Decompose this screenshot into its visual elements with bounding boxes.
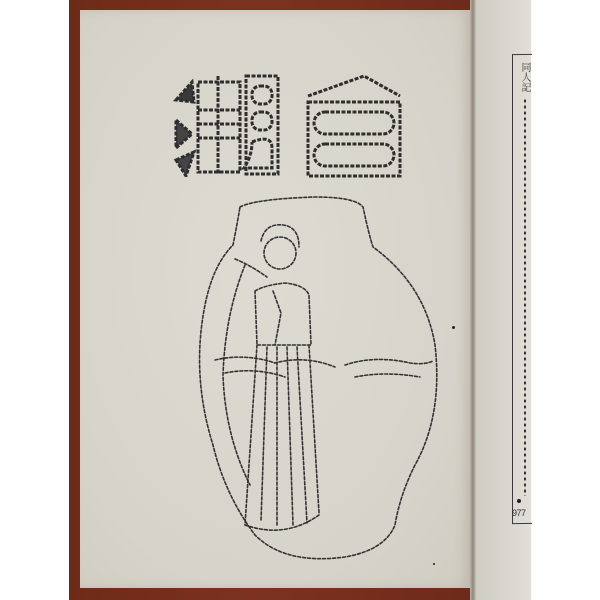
right-page-frame xyxy=(512,54,532,524)
title-block xyxy=(172,72,402,180)
vase-illustration xyxy=(195,195,455,575)
title-glyph-bai xyxy=(304,74,402,178)
right-page-header: 同人記 xyxy=(518,62,530,92)
title-glyph-chao xyxy=(172,72,282,177)
ink-speck xyxy=(452,326,455,329)
leader-bullet xyxy=(517,499,521,503)
page-number: 977 xyxy=(512,508,526,518)
dotted-leader xyxy=(524,98,526,496)
ink-speck xyxy=(433,563,435,565)
